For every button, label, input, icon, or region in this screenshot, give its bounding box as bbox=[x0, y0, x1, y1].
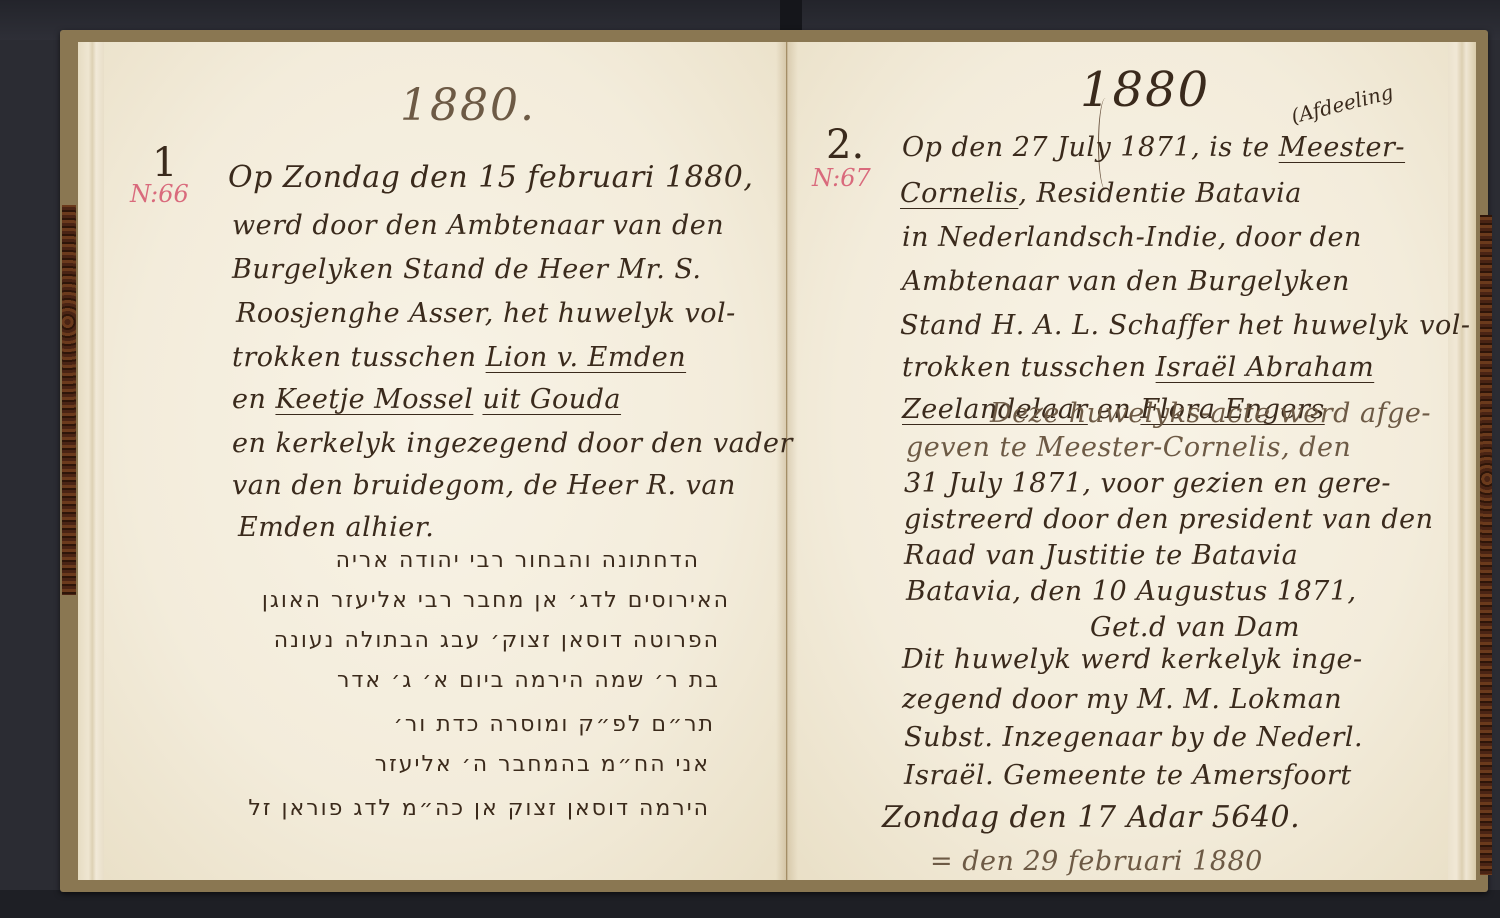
hebrew-line-7: הירמה דוסאן זצוק אן כה״מ לדג פוראן זל bbox=[248, 796, 710, 821]
hebrew-line-3: הפרוטה דוסאן זצוק׳ עבג הבתולה נעונה bbox=[274, 628, 720, 653]
right-line-12: Raad van Justitie te Batavia bbox=[904, 540, 1298, 571]
left-line-1: Op Zondag den 15 februari 1880, bbox=[228, 160, 753, 195]
right-line-9: geven te Meester-Cornelis, den bbox=[906, 432, 1351, 463]
right-line-15: Dit huwelyk werd kerkelyk inge- bbox=[902, 644, 1363, 675]
right-line-8: Deze huwelyks-acte werd afge- bbox=[990, 398, 1431, 429]
right-line-4: Ambtenaar van den Burgelyken bbox=[902, 266, 1350, 297]
right-line-17: Subst. Inzegenaar by de Nederl. bbox=[904, 722, 1363, 753]
page-stack-edge-left bbox=[78, 42, 104, 880]
left-line-4: Roosjenghe Asser, het huwelyk vol- bbox=[236, 298, 736, 329]
dark-backdrop-bottom bbox=[0, 890, 1500, 918]
left-line-6: en Keetje Mossel uit Gouda bbox=[232, 384, 621, 415]
place-cornelis: Cornelis bbox=[900, 178, 1018, 209]
hebrew-line-4: בת ר׳ שמה הירמה ביום א׳ ג׳ אדר bbox=[337, 668, 720, 693]
left-register-number: N:66 bbox=[130, 180, 189, 208]
right-line-11: gistreerd door den president van den bbox=[904, 504, 1434, 535]
right-line-10: 31 July 1871, voor gezien en gere- bbox=[904, 468, 1391, 499]
bride-origin: uit Gouda bbox=[482, 384, 621, 415]
hebrew-line-6: אני הח״מ בהמחבר ה׳ אליעזר bbox=[375, 752, 710, 777]
left-line-3: Burgelyken Stand de Heer Mr. S. bbox=[232, 254, 702, 285]
book-gutter bbox=[776, 42, 798, 880]
left-line-8: van den bruidegom, de Heer R. van bbox=[232, 470, 736, 501]
place-meester: Meester- bbox=[1279, 132, 1405, 163]
right-line-20: = den 29 februari 1880 bbox=[930, 846, 1263, 877]
groom-name: Lion v. Emden bbox=[486, 342, 686, 373]
left-year-heading: 1880. bbox=[400, 80, 536, 131]
marbled-cover-edge-left bbox=[62, 205, 76, 595]
right-line-16: zegend door my M. M. Lokman bbox=[902, 684, 1342, 715]
right-line-19: Zondag den 17 Adar 5640. bbox=[882, 800, 1300, 835]
groom-name-right: Israël Abraham bbox=[1156, 352, 1375, 383]
right-line-13: Batavia, den 10 Augustus 1871, bbox=[906, 576, 1357, 607]
page-stack-edge-right bbox=[1448, 42, 1476, 880]
hebrew-line-1: הדחתונה והבחור רבי יהודה אריה bbox=[336, 548, 700, 573]
left-line-9: Emden alhier. bbox=[238, 512, 434, 543]
right-line-14-signature: Get.d van Dam bbox=[1090, 612, 1300, 643]
right-line-1: Op den 27 July 1871, is te Meester- bbox=[902, 132, 1405, 163]
bride-name: Keetje Mossel bbox=[275, 384, 473, 415]
hebrew-line-2: האירוסים לדג׳ אן מחבר רבי אליעזר האוגן bbox=[262, 588, 730, 613]
left-line-2: werd door den Ambtenaar van den bbox=[232, 210, 724, 241]
marbled-cover-edge-right bbox=[1480, 215, 1492, 875]
right-line-2: Cornelis, Residentie Batavia bbox=[900, 178, 1302, 209]
right-entry-number: 2. bbox=[826, 122, 864, 168]
right-line-6: trokken tusschen Israël Abraham bbox=[902, 352, 1374, 383]
hebrew-line-5: תר״ם לפ״ק ומוסרה כדת ור׳ bbox=[394, 712, 715, 737]
left-line-7: en kerkelyk ingezegend door den vader bbox=[232, 428, 793, 459]
right-register-number: N:67 bbox=[812, 164, 871, 192]
right-line-5: Stand H. A. L. Schaffer het huwelyk vol- bbox=[900, 310, 1471, 341]
right-line-18: Israël. Gemeente te Amersfoort bbox=[904, 760, 1352, 791]
right-line-3: in Nederlandsch-Indie, door den bbox=[902, 222, 1362, 253]
left-line-5: trokken tusschen Lion v. Emden bbox=[232, 342, 686, 373]
